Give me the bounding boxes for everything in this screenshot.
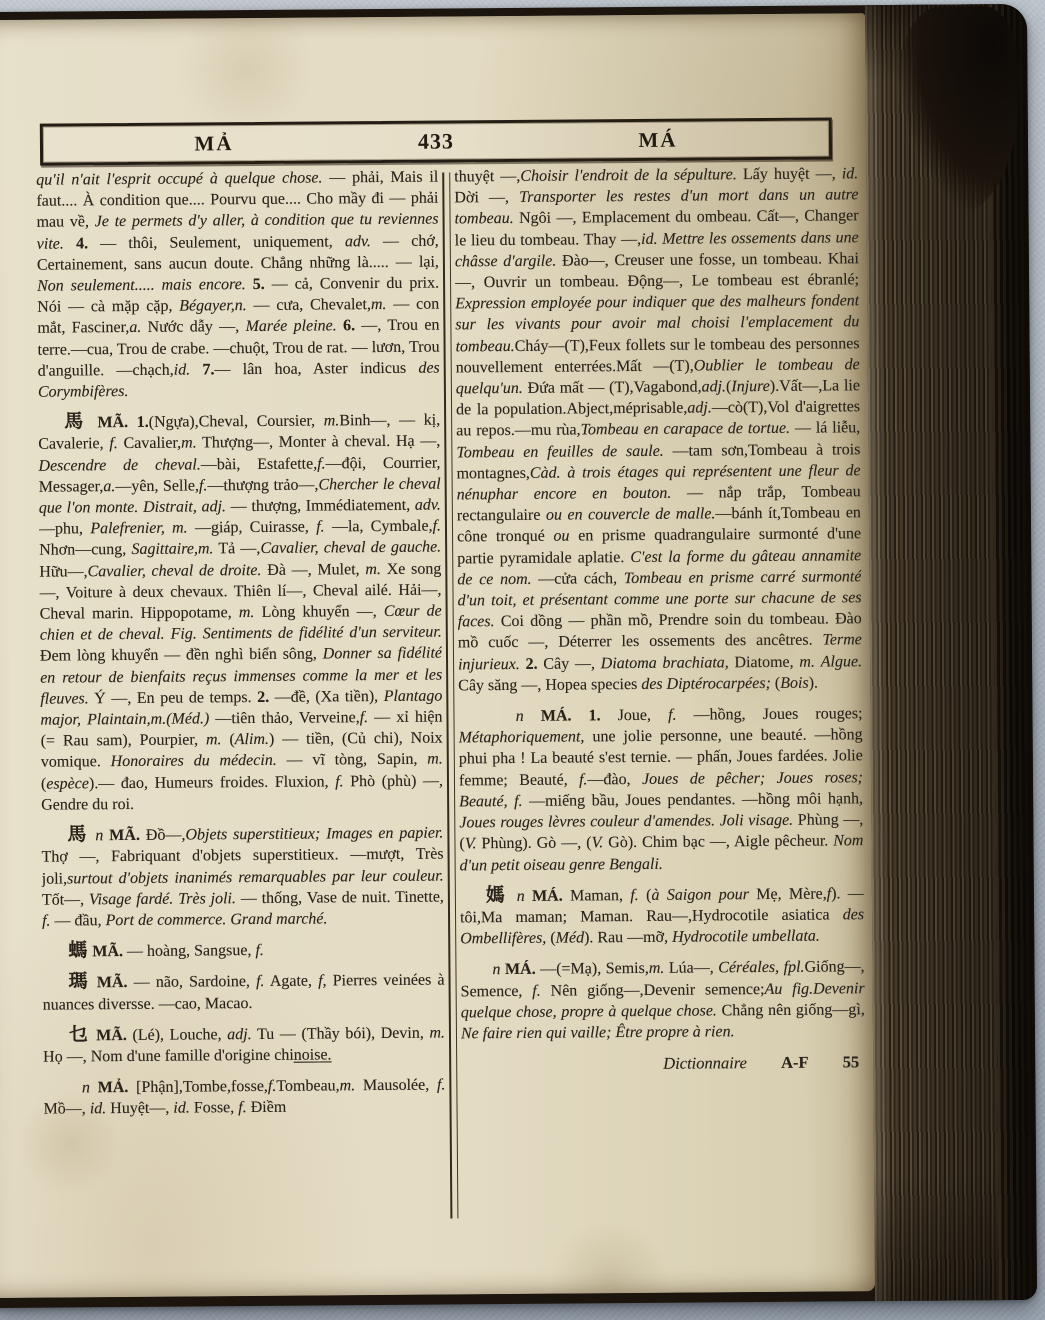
- photo-of-dictionary-page: { "colors":{ "paper":"#e3dbc2", "ink":"#…: [0, 0, 1045, 1320]
- entry-paragraph: 馬 MÃ. 1.(Ngựa),Cheval, Coursier, m.Binh—…: [38, 409, 443, 816]
- entry-paragraph: 媽 n MÁ. Maman, f. (à Saigon pour Mẹ, Mèr…: [460, 882, 864, 950]
- entry-paragraph: 馬 n MÃ. Đồ—,Objets superstitieux; Images…: [41, 822, 444, 932]
- entry-paragraph: 螞 MÃ. — hoàng, Sangsue, f.: [42, 938, 444, 963]
- printer-signature: Dictionnaire A-F 55: [461, 1051, 865, 1075]
- entry-paragraph: qu'il n'ait l'esprit occupé à quelque ch…: [36, 167, 440, 403]
- entry-paragraph: 𦟐 n MÁ. 1. Joue, f. —hồng, Joues rouges;…: [458, 702, 863, 876]
- han-character: 媽: [486, 885, 510, 906]
- entry-paragraph: 𡍪 n MẢ. [Phận],Tombe,fosse,f.Tombeau,m. …: [43, 1074, 445, 1121]
- column-left: qu'il n'ait l'esprit occupé à quelque ch…: [36, 167, 447, 1306]
- entry-paragraph: 𥞷 n MÁ. —(=Mạ), Semis,m. Lúa—, Céréales,…: [460, 956, 865, 1045]
- han-character: 瑪: [68, 972, 90, 993]
- signature-volume: A-F: [781, 1053, 809, 1072]
- han-character: 馬: [67, 824, 89, 845]
- book: MẢ 433 MÁ qu'il n'ait l'esprit occupé à …: [0, 4, 1037, 1308]
- signature-sheet-number: 55: [843, 1052, 860, 1071]
- header-right-word: MÁ: [547, 126, 769, 153]
- han-character: 馬: [64, 412, 89, 433]
- entry-paragraph: 乜 MÃ. (Lé), Louche, adj. Tu — (Thầy bói)…: [43, 1021, 445, 1068]
- paragraphs-left: qu'il n'ait l'esprit occupé à quelque ch…: [36, 167, 445, 1121]
- han-character: 𦟐: [484, 705, 498, 726]
- page-number: 433: [325, 128, 547, 156]
- signature-title: Dictionnaire: [663, 1053, 747, 1073]
- running-header: MẢ 433 MÁ: [40, 117, 832, 165]
- header-left-word: MẢ: [103, 130, 325, 157]
- han-character: 螞: [68, 940, 88, 961]
- book-page: MẢ 433 MÁ qu'il n'ait l'esprit occupé à …: [0, 13, 875, 1298]
- entry-paragraph: 瑪 MÃ. — não, Sardoine, f. Agate, f, Pier…: [42, 969, 444, 1016]
- han-character: 乜: [69, 1024, 91, 1045]
- entry-paragraph: thuyệt —,Choisir l'endroit de la sépultu…: [454, 163, 862, 696]
- paragraphs-right: thuyệt —,Choisir l'endroit de la sépultu…: [454, 163, 865, 1044]
- column-right: thuyệt —,Choisir l'endroit de la sépultu…: [454, 163, 867, 1302]
- text-columns: qu'il n'ait l'esprit occupé à quelque ch…: [36, 163, 867, 1305]
